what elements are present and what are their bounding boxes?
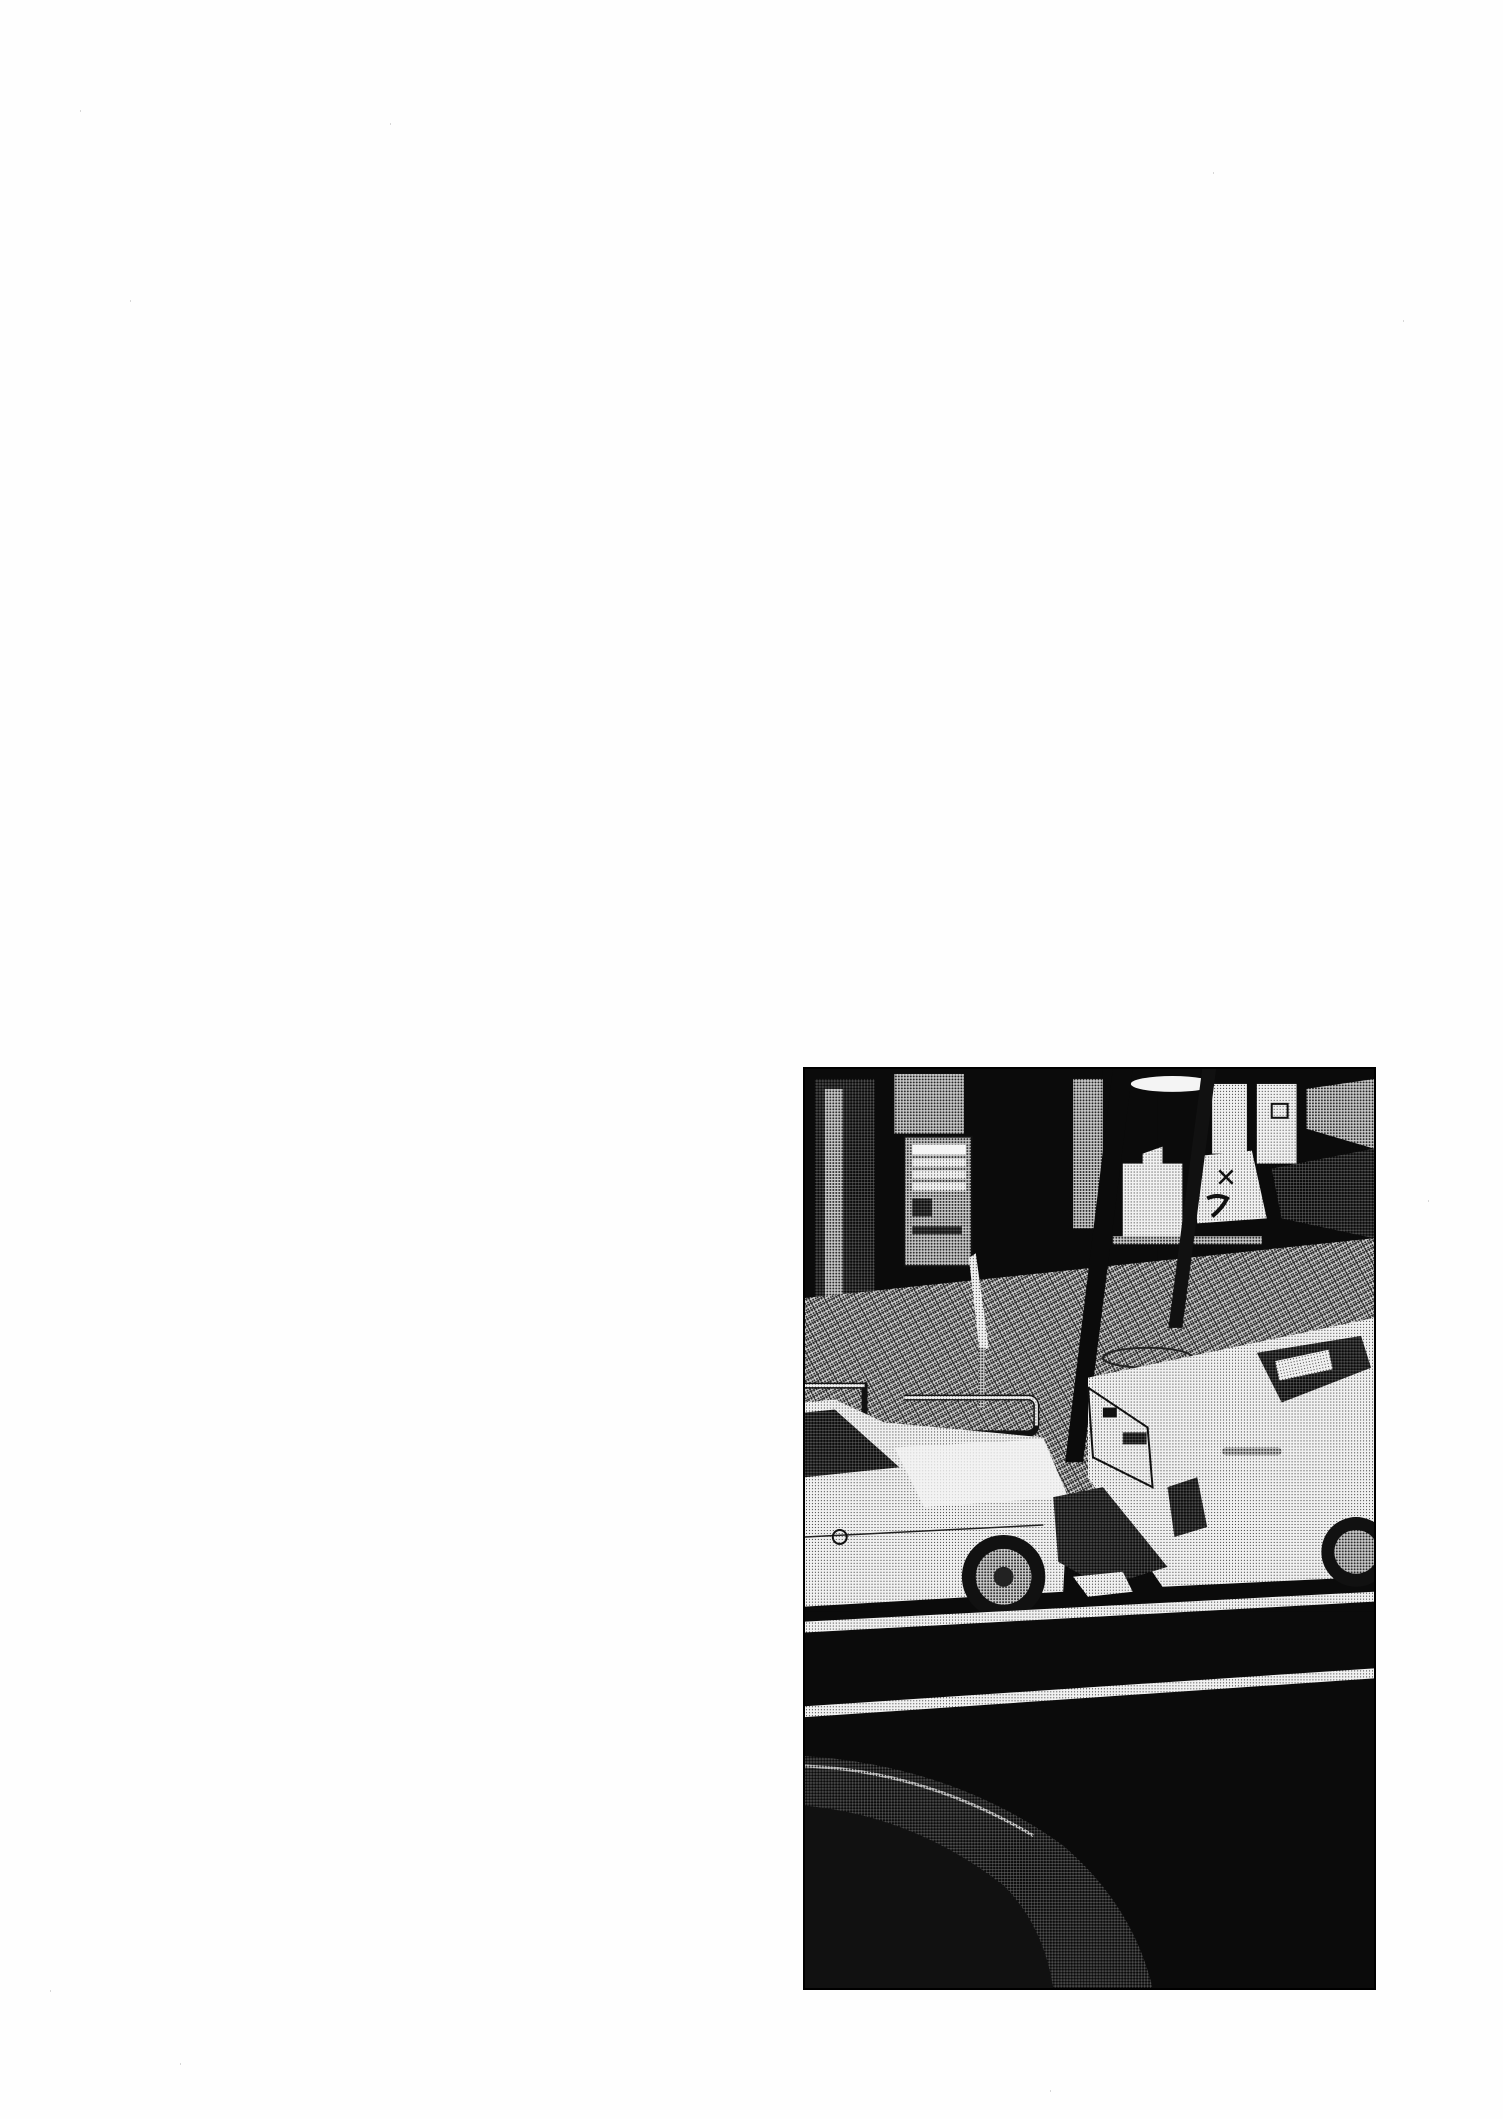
scan-speck [1403, 320, 1404, 322]
vending-machine [904, 1137, 972, 1266]
scan-speck [50, 1990, 51, 1992]
scan-speck [80, 110, 81, 112]
x-mark-icon: ✕ [1215, 1163, 1237, 1193]
scan-speck [1050, 2090, 1051, 2092]
scan-speck [180, 2063, 181, 2065]
scan-speck [130, 300, 131, 302]
scan-speck [1428, 1200, 1429, 1202]
street-scene-illustration: ✕ [805, 1069, 1374, 1988]
scan-speck [1213, 172, 1214, 174]
illustration-panel: ✕ [803, 1067, 1376, 1990]
book-page: ✕ [0, 0, 1503, 2119]
scan-speck [390, 123, 391, 125]
